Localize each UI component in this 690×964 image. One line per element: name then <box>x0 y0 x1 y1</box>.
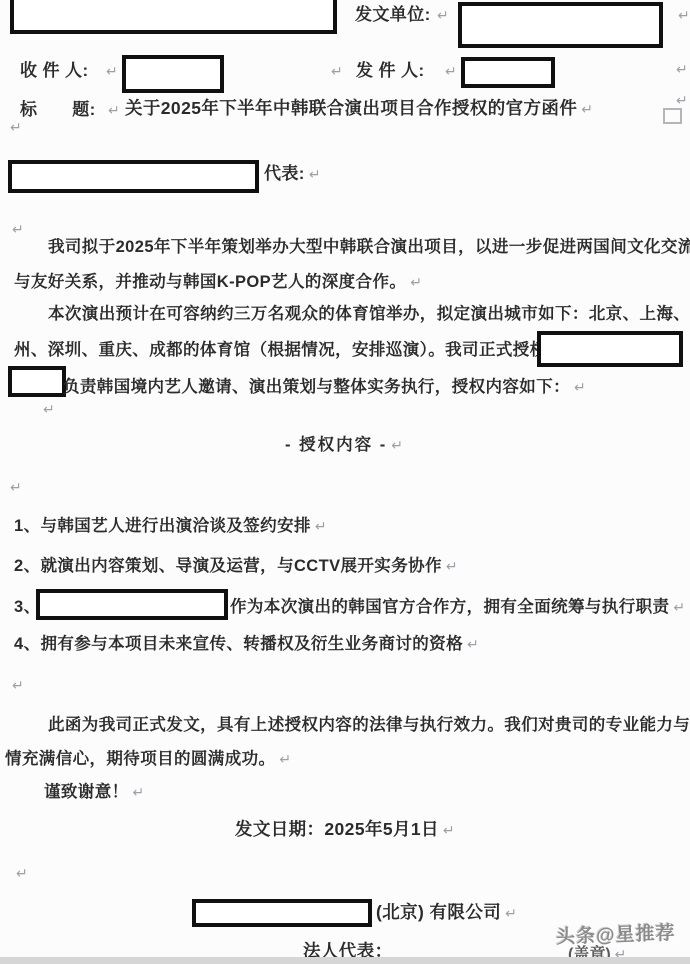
representative-label: 代表:↵ <box>264 163 321 185</box>
redaction-box-item3-party <box>36 589 228 620</box>
paragraph-line: 此函为我司正式发文，具有上述授权内容的法律与执行效力。我们对贵司的专业能力与热 <box>48 714 690 736</box>
paragraph-mark: ↵ <box>673 599 685 615</box>
redaction-box-authorized-party-2 <box>8 366 66 397</box>
list-item-1: 1、与韩国艺人进行出演洽谈及签约安排↵ <box>14 515 327 537</box>
paragraph-mark: ↵ <box>437 8 449 22</box>
paragraph-mark: ↵ <box>581 101 593 117</box>
paragraph-line: 情充满信心，期待项目的圆满成功。↵ <box>5 748 292 770</box>
document-page: 发文单位: ↵ ↵ 收 件 人: ↵ ↵ 发 件 人: ↵ ↵ 标 题: ↵ 关… <box>0 0 690 964</box>
date-line: 发文日期：2025年5月1日↵ <box>0 818 690 841</box>
paragraph-mark: ↵ <box>443 822 455 838</box>
paragraph-mark: ↵ <box>10 120 22 134</box>
paragraph-mark: ↵ <box>279 751 291 767</box>
paragraph-mark: ↵ <box>391 437 405 453</box>
paragraph-mark: ↵ <box>133 784 145 800</box>
paragraph-mark: ↵ <box>445 64 457 78</box>
paragraph-line: 我司拟于2025年下半年策划举办大型中韩联合演出项目，以进一步促进两国间文化交流 <box>48 236 690 258</box>
paragraph-mark: ↵ <box>309 166 321 182</box>
subject-label: 标 题: <box>20 99 96 121</box>
paragraph-mark: ↵ <box>574 379 586 395</box>
paragraph-line: 与友好关系，并推动与韩国K-POP艺人的深度合作。↵ <box>14 271 422 293</box>
redaction-box-authorized-party-1 <box>537 331 683 367</box>
paragraph-mark: ↵ <box>106 64 118 78</box>
paragraph-mark: ↵ <box>12 678 24 692</box>
paragraph-mark: ↵ <box>505 905 517 921</box>
paragraph-mark: ↵ <box>315 518 327 534</box>
sender-label: 发 件 人: <box>356 60 425 82</box>
paragraph-mark: ↵ <box>676 93 688 107</box>
issuing-unit-label: 发文单位: <box>355 4 431 26</box>
paragraph-mark: ↵ <box>410 274 422 290</box>
paragraph-mark: ↵ <box>10 480 22 494</box>
paragraph-line: 负责韩国境内艺人邀请、演出策划与整体实务执行，授权内容如下：↵ <box>63 376 586 398</box>
redaction-box-issuing-unit <box>458 2 663 48</box>
toutiao-watermark: 头条@星推荐 <box>556 918 676 949</box>
recipient-label: 收 件 人: <box>20 60 89 82</box>
paragraph-mark: ↵ <box>331 64 343 78</box>
redaction-box-recipient <box>122 55 224 93</box>
list-item-4: 4、拥有参与本项目未来宣传、转播权及衍生业务商讨的资格↵ <box>14 633 479 655</box>
redaction-box-company-footer <box>192 899 372 927</box>
paragraph-mark: ↵ <box>676 62 688 76</box>
paragraph-mark: ↵ <box>12 222 24 236</box>
paragraph-mark: ↵ <box>678 8 690 22</box>
paragraph-mark: ↵ <box>16 866 28 880</box>
paragraph-line: 本次演出预计在可容纳约三万名观众的体育馆举办，拟定演出城市如下：北京、上海、广 <box>48 303 690 325</box>
textbox-anchor-square <box>663 108 682 124</box>
paragraph-mark: ↵ <box>43 402 55 416</box>
list-item-2: 2、就演出内容策划、导演及运营，与CCTV展开实务协作↵ <box>14 555 458 577</box>
list-item-3: 作为本次演出的韩国官方合作方，拥有全面统筹与执行职责↵ <box>230 596 686 618</box>
company-suffix: (北京) 有限公司↵ <box>376 901 517 924</box>
paragraph-mark: ↵ <box>108 103 120 117</box>
redaction-box-top-left <box>10 0 337 34</box>
subject-value: 关于2025年下半年中韩联合演出项目合作授权的官方函件↵ <box>125 97 593 120</box>
section-title: - 授权内容 -↵ <box>0 434 690 456</box>
paragraph-line: 州、深圳、重庆、成都的体育馆（根据情况，安排巡演）。我司正式授权 <box>14 339 547 361</box>
scan-edge-strip <box>0 957 690 964</box>
redaction-box-company-header <box>8 160 259 193</box>
redaction-box-sender <box>461 57 555 88</box>
paragraph-mark: ↵ <box>467 636 479 652</box>
thanks-line: 谨致谢意！↵ <box>44 781 145 803</box>
paragraph-mark: ↵ <box>446 558 458 574</box>
